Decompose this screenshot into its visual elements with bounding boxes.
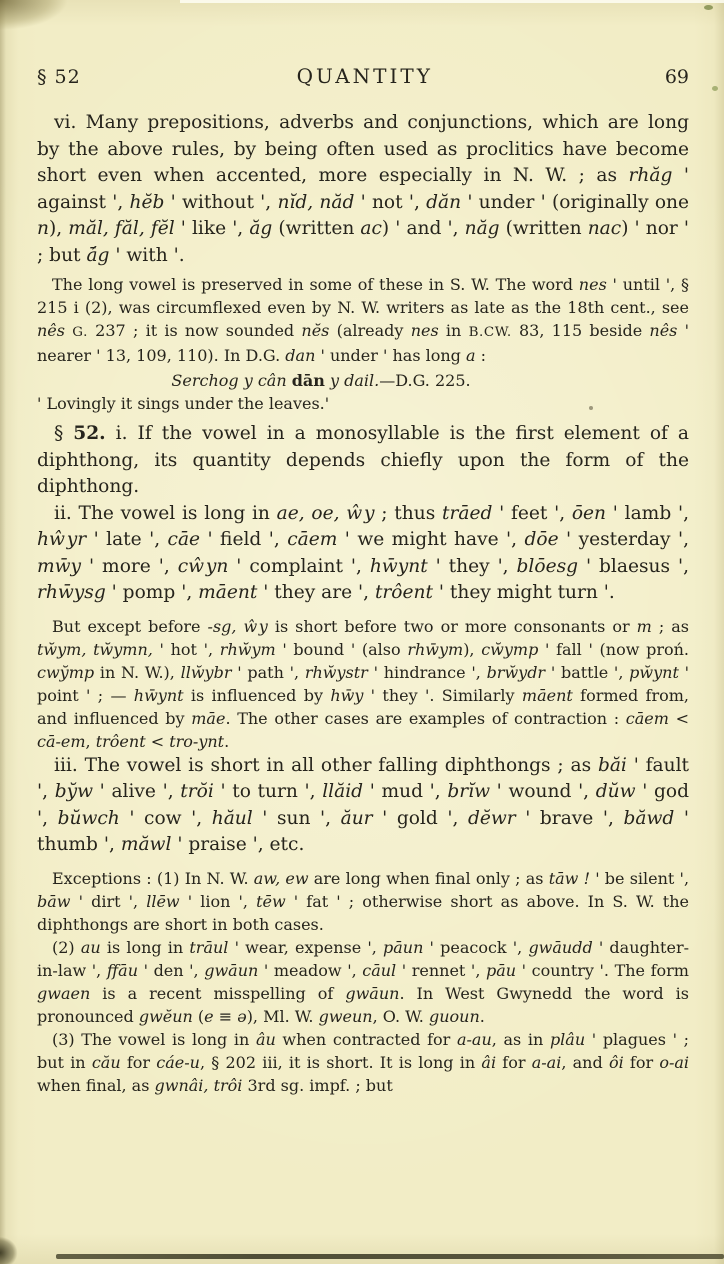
section-marker: § 52 (37, 66, 81, 88)
verse-translation: ' Lovingly it sings under the leaves.' (37, 392, 689, 415)
scan-top-edge (180, 0, 724, 3)
paragraph-ii-long-vowel: ii. The vowel is long in ae, oe, ŵy ; th… (37, 501, 689, 607)
scan-corner-shadow (0, 0, 74, 30)
exceptions-note-3: (3) The vowel is long in âu when contrac… (37, 1028, 689, 1097)
ink-speck-right-margin (712, 86, 718, 91)
exceptions-note-2: (2) au is long in trāul ' wear, expense … (37, 936, 689, 1028)
scan-bottom-left-mark (0, 1236, 18, 1264)
paragraph-52-i-diphthong: § 52. i. If the vowel in a monosyllable … (37, 421, 689, 501)
scanned-book-page: { "page": { "header": { "section_marker"… (0, 0, 724, 1264)
page-content: § 52 QUANTITY 69 vi. Many prepositions, … (37, 64, 689, 1097)
note-long-vowel-preserved: The long vowel is preserved in some of t… (37, 273, 689, 367)
running-title: QUANTITY (297, 64, 433, 88)
running-head: § 52 QUANTITY 69 (37, 64, 689, 90)
paragraph-iii-short-vowel: iii. The vowel is short in all other fal… (37, 753, 689, 859)
note-wy-short: But except before -sg, ŵy is short befor… (37, 615, 689, 753)
scan-bottom-edge-line (56, 1254, 724, 1259)
ink-speck-top-right (704, 5, 713, 10)
page-number: 69 (665, 66, 689, 88)
paragraph-vi-proclitics: vi. Many prepositions, adverbs and conju… (37, 110, 689, 269)
verse-quote: Serchog y cân dān y dail.—D.G. 225. (37, 369, 689, 392)
exceptions-note-1: Exceptions : (1) In N. W. aw, ew are lon… (37, 867, 689, 936)
